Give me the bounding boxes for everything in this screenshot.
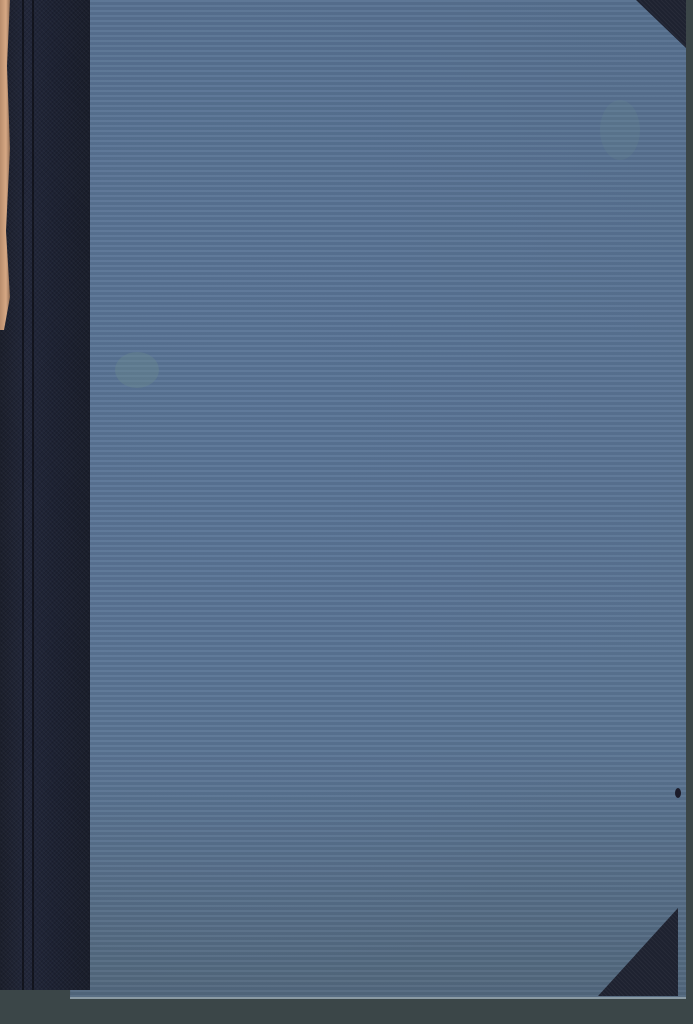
cover-stain [115, 352, 159, 388]
page-edge [0, 0, 10, 330]
spine-groove [22, 0, 24, 990]
cover-board [70, 0, 686, 999]
book-spine [0, 0, 90, 990]
spine-groove [32, 0, 34, 990]
photo-background [0, 0, 693, 1024]
book [0, 0, 686, 997]
cover-mark [675, 788, 681, 798]
cover-stain [600, 100, 640, 160]
